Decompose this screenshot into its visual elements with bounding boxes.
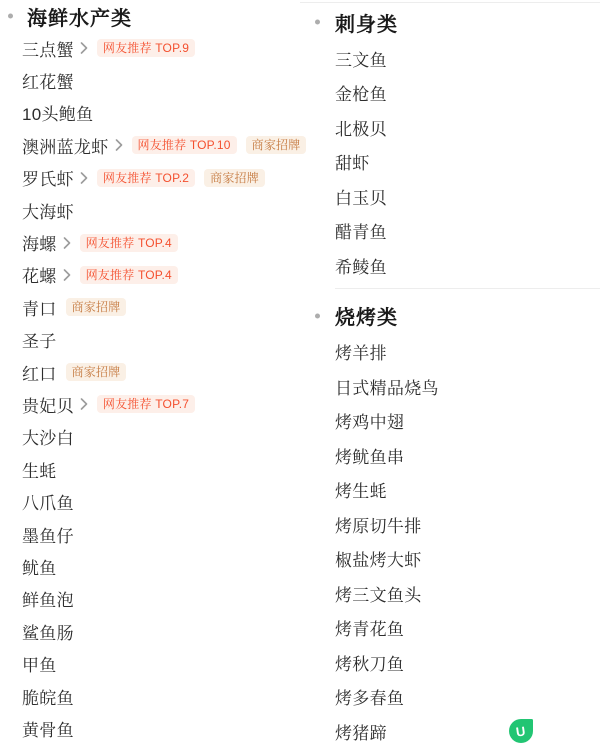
section-item-list: 三文鱼金枪鱼北极贝甜虾白玉贝醋青鱼希鲮鱼 xyxy=(300,41,600,283)
item-label: 10头鲍鱼 xyxy=(22,100,93,125)
item-label: 三文鱼 xyxy=(335,46,387,71)
recommend-tag: 网友推荐 TOP.2 xyxy=(97,169,195,187)
item-label: 红口 xyxy=(22,360,57,385)
chevron-right-icon xyxy=(80,398,88,410)
item-label: 椒盐烤大虾 xyxy=(335,546,422,571)
item-label: 烤青花鱼 xyxy=(335,615,404,640)
signature-tag: 商家招牌 xyxy=(246,136,307,154)
menu-item[interactable]: 墨鱼仔 xyxy=(0,518,300,550)
column-right: 刺身类三文鱼金枪鱼北极贝甜虾白玉贝醋青鱼希鲮鱼烧烤类烤羊排日式精品烧鸟烤鸡中翅烤… xyxy=(300,0,600,750)
menu-item[interactable]: 鲨鱼肠 xyxy=(0,615,300,647)
item-label: 墨鱼仔 xyxy=(22,522,74,547)
item-label: 圣子 xyxy=(22,327,57,352)
item-label: 鱿鱼 xyxy=(22,554,57,579)
item-label: 罗氏虾 xyxy=(22,165,74,190)
menu-item[interactable]: 烤三文鱼头 xyxy=(300,576,600,611)
section-divider xyxy=(335,288,600,289)
menu-item[interactable]: 10头鲍鱼 xyxy=(0,97,300,129)
bullet-icon xyxy=(315,313,320,318)
item-label: 烤多春鱼 xyxy=(335,684,404,709)
item-label: 贵妃贝 xyxy=(22,392,74,417)
menu-item[interactable]: 鲜鱼泡 xyxy=(0,583,300,615)
section-item-list: 烤羊排日式精品烧鸟烤鸡中翅烤鱿鱼串烤生蚝烤原切牛排椒盐烤大虾烤三文鱼头烤青花鱼烤… xyxy=(300,335,600,749)
menu-item[interactable]: 烤鸡中翅 xyxy=(300,404,600,439)
item-label: 三点蟹 xyxy=(22,36,74,61)
signature-tag: 商家招牌 xyxy=(204,169,265,187)
recommend-tag: 网友推荐 TOP.10 xyxy=(132,136,237,154)
menu-item[interactable]: 醋青鱼 xyxy=(300,214,600,249)
item-label: 烤猪蹄 xyxy=(335,719,387,744)
menu-item[interactable]: 青口商家招牌 xyxy=(0,291,300,323)
chevron-right-icon xyxy=(63,269,71,281)
recommend-tag: 网友推荐 TOP.4 xyxy=(80,234,178,252)
menu-item[interactable]: 甜虾 xyxy=(300,145,600,180)
menu-item[interactable]: 烤猪蹄 xyxy=(300,714,600,749)
item-label: 甲鱼 xyxy=(22,651,57,676)
item-label: 金枪鱼 xyxy=(335,80,387,105)
section-title: 烧烤类 xyxy=(335,301,398,330)
item-label: 甜虾 xyxy=(335,149,370,174)
chevron-right-icon xyxy=(115,139,123,151)
menu-item[interactable]: 烤鱿鱼串 xyxy=(300,438,600,473)
item-label: 青口 xyxy=(22,295,57,320)
chevron-right-icon xyxy=(63,237,71,249)
menu-item[interactable]: 黄骨鱼 xyxy=(0,712,300,744)
item-label: 烤原切牛排 xyxy=(335,512,422,537)
item-label: 花螺 xyxy=(22,262,57,287)
item-label: 烤生蚝 xyxy=(335,477,387,502)
item-label: 烤鸡中翅 xyxy=(335,408,404,433)
item-label: 希鲮鱼 xyxy=(335,253,387,278)
menu-item[interactable]: 烤生蚝 xyxy=(300,473,600,508)
menu-item[interactable]: 日式精品烧鸟 xyxy=(300,369,600,404)
item-label: 大海虾 xyxy=(22,198,74,223)
item-label: 白玉贝 xyxy=(335,184,387,209)
menu-item[interactable]: 三点蟹网友推荐 TOP.9 xyxy=(0,32,300,64)
bullet-icon xyxy=(8,14,13,19)
menu-item[interactable]: 北极贝 xyxy=(300,110,600,145)
menu-item[interactable]: 甲鱼 xyxy=(0,647,300,679)
menu-item[interactable]: 白玉贝 xyxy=(300,179,600,214)
item-label: 烤羊排 xyxy=(335,339,387,364)
item-label: 红花蟹 xyxy=(22,68,74,93)
signature-tag: 商家招牌 xyxy=(66,363,127,381)
item-label: 醋青鱼 xyxy=(335,218,387,243)
menu-item[interactable]: 希鲮鱼 xyxy=(300,248,600,283)
section-header-seafood: 海鲜水产类 xyxy=(0,0,300,32)
section-title: 刺身类 xyxy=(335,8,398,37)
item-label: 脆皖鱼 xyxy=(22,684,74,709)
menu-item[interactable]: 八爪鱼 xyxy=(0,485,300,517)
item-label: 大沙白 xyxy=(22,424,74,449)
item-label: 生蚝 xyxy=(22,457,57,482)
recommend-tag: 网友推荐 TOP.7 xyxy=(97,395,195,413)
section-header: 刺身类 xyxy=(300,3,600,41)
seafood-item-list: 三点蟹网友推荐 TOP.9红花蟹10头鲍鱼澳洲蓝龙虾网友推荐 TOP.10商家招… xyxy=(0,32,300,745)
menu-item[interactable]: 烤羊排 xyxy=(300,335,600,370)
signature-tag: 商家招牌 xyxy=(66,298,127,316)
item-label: 八爪鱼 xyxy=(22,489,74,514)
item-label: 北极贝 xyxy=(335,115,387,140)
menu-item[interactable]: 烤原切牛排 xyxy=(300,507,600,542)
item-label: 日式精品烧鸟 xyxy=(335,374,439,399)
menu-item[interactable]: 澳洲蓝龙虾网友推荐 TOP.10商家招牌 xyxy=(0,129,300,161)
chevron-right-icon xyxy=(80,42,88,54)
item-label: 海螺 xyxy=(22,230,57,255)
menu-item[interactable]: 烤多春鱼 xyxy=(300,680,600,715)
menu-item[interactable]: 烤秋刀鱼 xyxy=(300,645,600,680)
item-label: 黄骨鱼 xyxy=(22,716,74,741)
right-section-list: 刺身类三文鱼金枪鱼北极贝甜虾白玉贝醋青鱼希鲮鱼烧烤类烤羊排日式精品烧鸟烤鸡中翅烤… xyxy=(300,3,600,749)
menu-item[interactable]: 罗氏虾网友推荐 TOP.2商家招牌 xyxy=(0,162,300,194)
menu-item[interactable]: 鱿鱼 xyxy=(0,550,300,582)
menu-item[interactable]: 金枪鱼 xyxy=(300,76,600,111)
item-label: 鲨鱼肠 xyxy=(22,619,74,644)
menu-item[interactable]: 红花蟹 xyxy=(0,64,300,96)
bullet-icon xyxy=(315,20,320,25)
menu-item[interactable]: 脆皖鱼 xyxy=(0,680,300,712)
recommend-tag: 网友推荐 TOP.9 xyxy=(97,39,195,57)
item-label: 烤秋刀鱼 xyxy=(335,650,404,675)
menu-item[interactable]: 大沙白 xyxy=(0,421,300,453)
watermark-letter: U xyxy=(515,723,526,739)
section-header: 烧烤类 xyxy=(300,297,600,335)
menu-item[interactable]: 椒盐烤大虾 xyxy=(300,542,600,577)
menu-item[interactable]: 花螺网友推荐 TOP.4 xyxy=(0,259,300,291)
watermark-logo: U xyxy=(509,719,533,743)
item-label: 澳洲蓝龙虾 xyxy=(22,133,109,158)
chevron-right-icon xyxy=(80,172,88,184)
menu-item[interactable]: 生蚝 xyxy=(0,453,300,485)
item-label: 烤鱿鱼串 xyxy=(335,443,404,468)
menu-item[interactable]: 贵妃贝网友推荐 TOP.7 xyxy=(0,388,300,420)
item-label: 鲜鱼泡 xyxy=(22,586,74,611)
section-title: 海鲜水产类 xyxy=(27,2,132,31)
recommend-tag: 网友推荐 TOP.4 xyxy=(80,266,178,284)
column-seafood: 海鲜水产类 三点蟹网友推荐 TOP.9红花蟹10头鲍鱼澳洲蓝龙虾网友推荐 TOP… xyxy=(0,0,300,750)
menu-item[interactable]: 红口商家招牌 xyxy=(0,356,300,388)
menu-item[interactable]: 三文鱼 xyxy=(300,41,600,76)
menu-item[interactable]: 圣子 xyxy=(0,324,300,356)
item-label: 烤三文鱼头 xyxy=(335,581,422,606)
menu-categories-page: 海鲜水产类 三点蟹网友推荐 TOP.9红花蟹10头鲍鱼澳洲蓝龙虾网友推荐 TOP… xyxy=(0,0,600,750)
menu-item[interactable]: 海螺网友推荐 TOP.4 xyxy=(0,226,300,258)
menu-item[interactable]: 大海虾 xyxy=(0,194,300,226)
menu-item[interactable]: 烤青花鱼 xyxy=(300,611,600,646)
